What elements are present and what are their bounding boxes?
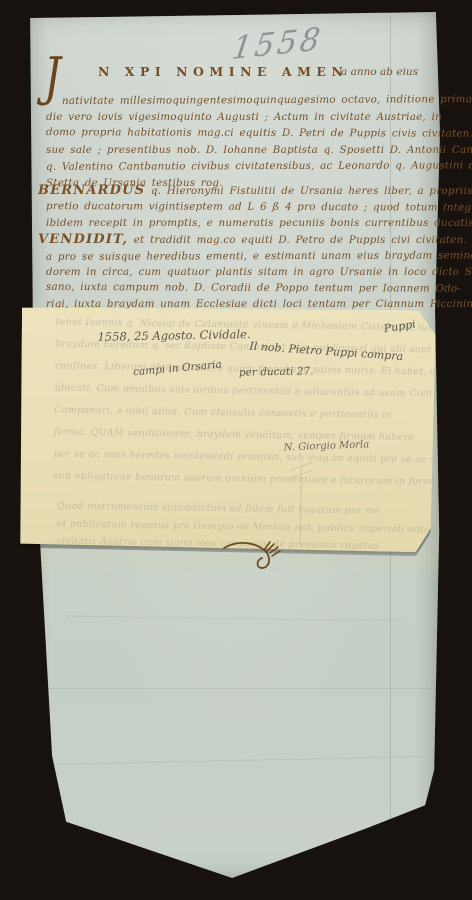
scan-backdrop: 1558 J N XPI NOMINE AMEN a anno ab eius …	[0, 0, 472, 900]
slip-price-line: per ducati 27.	[239, 365, 314, 378]
showthrough-line: sub obligatione bonorum suorum omnium pr…	[53, 471, 442, 488]
notarial-flourish-icon	[220, 534, 298, 580]
manuscript-paragraph-2: BERNARDUS q. Hieronymi Fistulitii de Urs…	[46, 183, 472, 313]
crease-line	[34, 688, 432, 689]
manuscript-line: sano, iuxta campum nob. D. Coradii de Po…	[46, 279, 472, 297]
showthrough-line: ubicati. Cum omnibus suis iuribus pertin…	[55, 383, 452, 400]
vendidit-rest: et tradidit mag.co equiti D. Petro de Pu…	[134, 234, 472, 246]
slip-date-line: 1558, 25 Agosto. Cividale.	[97, 327, 250, 344]
showthrough-line: Quod instrumentum supradictum ad fidem f…	[57, 501, 381, 517]
manuscript-line: domo propria habitationis mag.ci equitis…	[46, 124, 472, 142]
showthrough-line: Campanari, e nihil aliud. Cum clausulis …	[54, 405, 392, 421]
manuscript-line: VENDIDIT, et tradidit mag.co equiti D. P…	[46, 232, 472, 248]
manuscript-line: nativitate millesimoquingentesimoquinqua…	[46, 91, 472, 110]
archivist-slip: tenet Ioannis q. Nicolai de Calamonte vi…	[18, 304, 436, 552]
manuscript-line: sue sale ; presentibus nob. D. Iohanne B…	[46, 142, 472, 159]
heading-invocation: N XPI NOMINE AMEN	[98, 64, 348, 79]
manuscript-line: pretio ducatorum vigintiseptem ad L 6 ß …	[46, 198, 472, 216]
manuscript-line: BERNARDUS q. Hieronymi Fistulitii de Urs…	[46, 183, 472, 199]
bernardus-rest: q. Hieronymi Fistulitii de Ursania heres…	[151, 185, 472, 197]
manuscript-line: a pro se suisque heredibus ementi, e est…	[46, 247, 472, 265]
bernardus-lead: BERNARDUS	[38, 183, 145, 198]
vendidit-lead: VENDIDIT,	[38, 232, 128, 247]
heading-tail: a anno ab eius	[341, 66, 418, 78]
manuscript-line: die vero iovis vigesimoquinto Augusti ; …	[46, 109, 472, 126]
manuscript-line: q. Valentino Cantbanutio civibus civitat…	[46, 158, 472, 176]
showthrough-line: per se ac suos heredes mantenendi promis…	[54, 449, 472, 467]
manuscript-line: ibidem recepit in promptis, e numeratis …	[46, 215, 472, 231]
manuscript-paragraph-1: nativitate millesimoquingentesimoquinqua…	[46, 92, 472, 192]
notary-signature: N. Giorgio Morla	[284, 439, 370, 453]
manuscript-line: dorem in circa, cum quatuor plantis sita…	[46, 264, 472, 280]
